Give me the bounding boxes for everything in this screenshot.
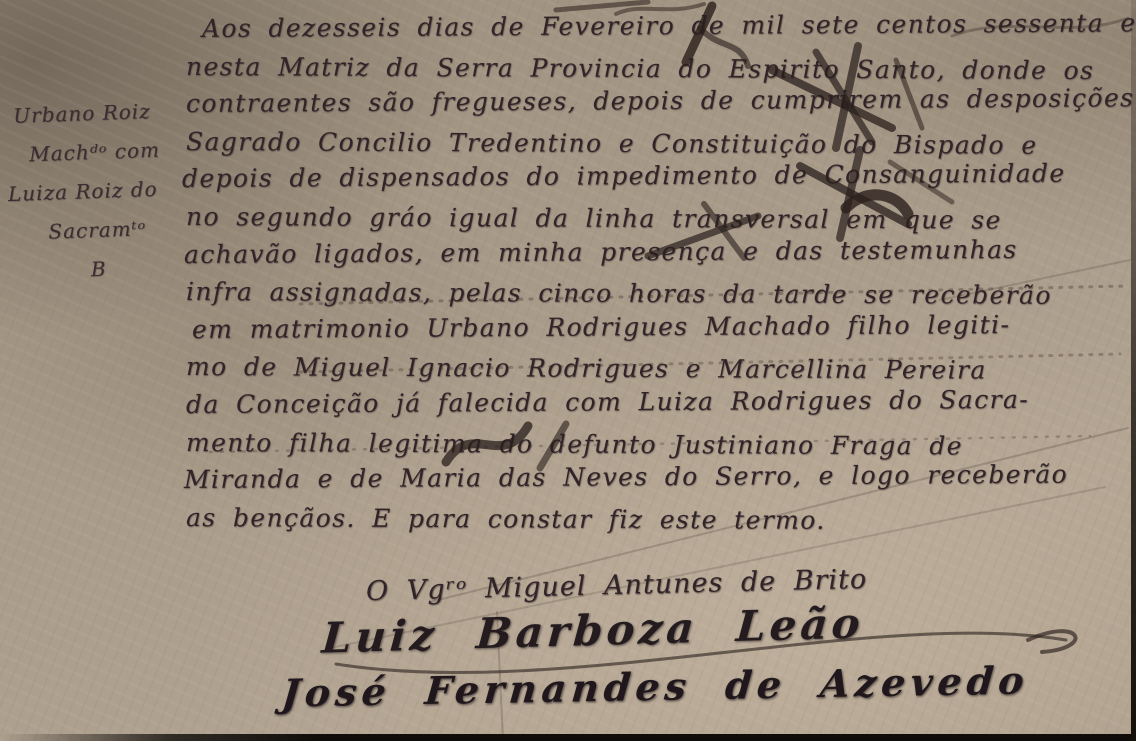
margin-note-line: Luiza Roiz do [5,169,186,214]
signature-2: José Fernandes de Azevedo [280,657,1031,715]
margin-note-line: B [8,247,189,292]
manuscript-line: contraentes são fregueses, depois de cum… [186,79,1136,122]
margin-note-line: Sacramᵗᵒ [7,208,188,253]
photo-bottom-edge [0,734,1136,741]
photo-right-edge [1131,0,1136,741]
signature-1: Luiz Barboza Leão [320,598,865,662]
manuscript-photo: Urbano Roiz Machᵈᵒ com Luiza Roiz do Sac… [0,0,1136,741]
manuscript-line: Aos dezesseis dias de Fevereiro de mil s… [202,4,1136,47]
manuscript-line: Miranda e de Maria das Neves do Serro, e… [184,455,1136,498]
manuscript-line: as bençãos. E para constar fiz este term… [186,499,1136,541]
manuscript-line: em matrimonio Urbano Rodrigues Machado f… [192,305,1136,348]
manuscript-line: depois de dispensados do impedimento de … [182,155,1136,198]
manuscript-line: da Conceição já falecida com Luiza Rodri… [186,380,1136,423]
margin-note-line: Urbano Roiz [3,91,184,136]
margin-note-line: Machᵈᵒ com [4,130,185,175]
manuscript-line: achavão ligados, em minha presença e das… [184,230,1136,273]
margin-note: Urbano Roiz Machᵈᵒ com Luiza Roiz do Sac… [3,91,190,292]
record-body: Aos dezesseis dias de Fevereiro de mil s… [186,10,1136,536]
